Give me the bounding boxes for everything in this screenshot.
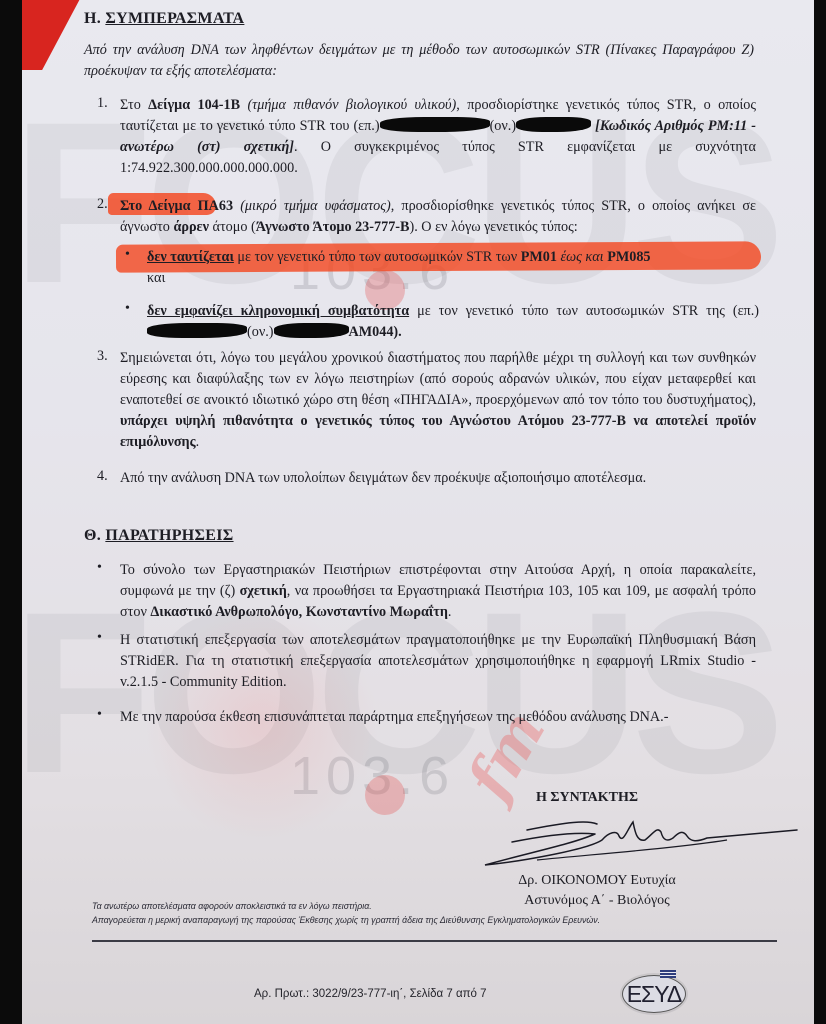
redaction <box>274 323 349 338</box>
document-page: FOCUS 103.6 FOCUS 103.6 fm Η. ΣΥΜΠΕΡΑΣΜΑ… <box>22 0 814 1024</box>
footer-divider <box>92 940 777 942</box>
section-h-prefix: Η. <box>84 10 101 27</box>
section-h-intro: Από την ανάλυση DNA των ληφθέντων δειγμά… <box>84 40 754 82</box>
esyd-logo: ΕΣΥΔ <box>622 975 686 1013</box>
sample-id: Στο Δείγμα ΠΑ63 <box>120 198 233 214</box>
signatory-name: Δρ. ΟΙΚΟΝΟΜΟΥ Ευτυχία <box>492 873 702 889</box>
bullet-dot: • <box>97 560 102 576</box>
result-item-3: Σημειώνεται ότι, λόγω του μεγάλου χρονικ… <box>120 348 756 453</box>
item-number: 4. <box>97 468 108 485</box>
redaction <box>147 323 247 338</box>
bullet-dot: • <box>97 630 102 646</box>
bullet-dot: • <box>125 247 130 263</box>
sub-bullet-2: δεν εμφανίζει κληρονομική συμβατότητα με… <box>147 301 759 343</box>
item-number: 2. <box>97 196 108 213</box>
bullet-dot: • <box>97 707 102 723</box>
result-item-4: Από την ανάλυση DNA των υπολοίπων δειγμά… <box>120 468 756 489</box>
section-h-heading: Η. ΣΥΜΠΕΡΑΣΜΑΤΑ <box>84 10 244 28</box>
handwritten-signature <box>477 810 807 872</box>
greek-flag-icon <box>660 970 676 978</box>
remark-1: Το σύνολο των Εργαστηριακών Πειστήριων ε… <box>120 560 756 623</box>
item-number: 1. <box>97 95 108 112</box>
footnote-copyright: Απαγορεύεται η μερική αναπαραγωγή της πα… <box>92 914 792 926</box>
section-th-prefix: Θ. <box>84 527 101 544</box>
result-item-2: Στο Δείγμα ΠΑ63 (μικρό τμήμα υφάσματος),… <box>120 196 756 238</box>
sample-id: Δείγμα 104-1Β <box>148 97 240 113</box>
redaction <box>516 117 591 132</box>
remark-2: Η στατιστική επεξεργασία των αποτελεσμάτ… <box>120 630 756 693</box>
signature-role: Η ΣΥΝΤΑΚΤΗΣ <box>502 790 672 806</box>
footnote-scope: Τα ανωτέρω αποτελέσματα αφορούν αποκλεισ… <box>92 900 792 912</box>
result-item-1: Στο Δείγμα 104-1Β (τμήμα πιθανόν βιολογι… <box>120 95 756 179</box>
sub-bullet-1: δεν ταυτίζεται με τον γενετικό τύπο των … <box>147 247 759 289</box>
section-th-title: ΠΑΡΑΤΗΡΗΣΕΙΣ <box>105 527 233 544</box>
section-th-heading: Θ. ΠΑΡΑΤΗΡΗΣΕΙΣ <box>84 527 234 545</box>
document-reference: Αρ. Πρωτ.: 3022/9/23-777-ιη΄, Σελίδα 7 α… <box>254 988 487 1000</box>
item-number: 3. <box>97 348 108 365</box>
bullet-dot: • <box>125 301 130 317</box>
redaction <box>380 117 490 132</box>
remark-3: Με την παρούσα έκθεση επισυνάπτεται παρά… <box>120 707 756 728</box>
section-h-title: ΣΥΜΠΕΡΑΣΜΑΤΑ <box>105 10 244 27</box>
